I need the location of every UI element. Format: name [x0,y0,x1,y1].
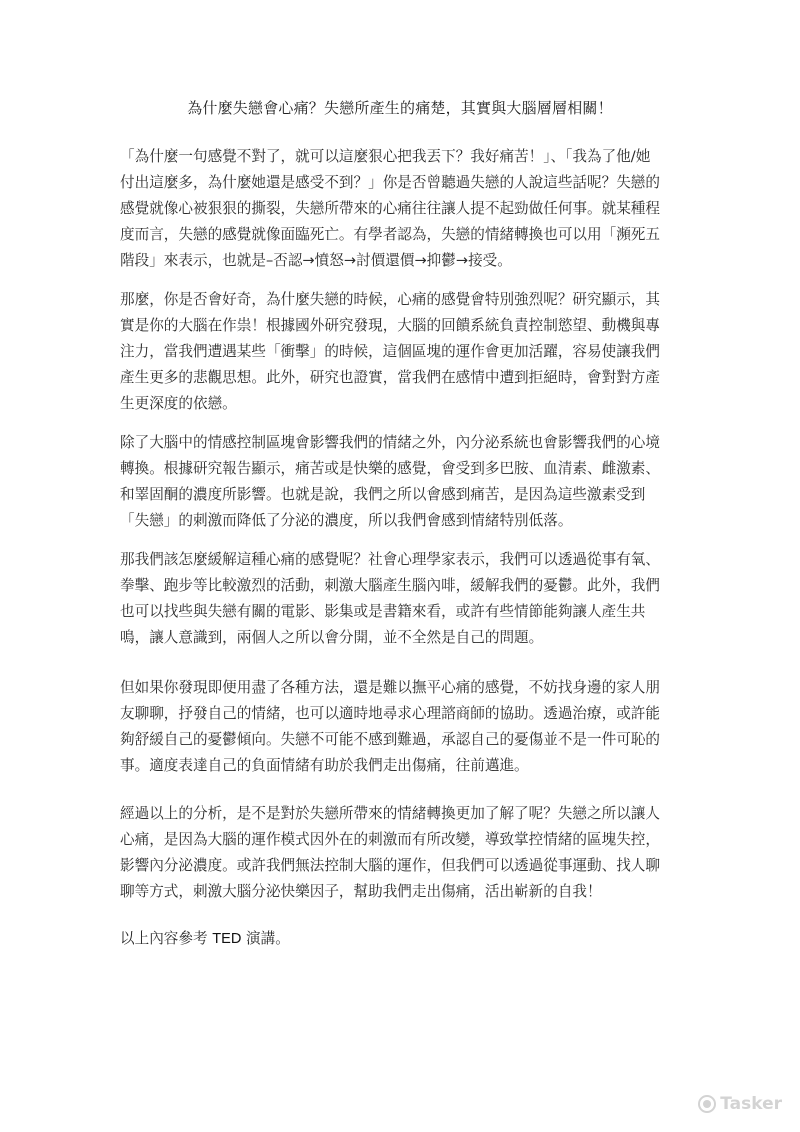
document-page: 為什麼失戀會心痛？失戀所產生的痛楚，其實與大腦層層相關！ 「為什麼一句感覺不對了… [0,0,800,1132]
paragraph-6: 經過以上的分析，是不是對於失戀所帶來的情緒轉換更加了解了呢？失戀之所以讓人 心痛… [120,801,680,905]
watermark-text: Tasker [720,1094,782,1114]
text-line: 夠舒緩自己的憂鬱傾向。失戀不可能不感到難過，承認自己的憂傷並不是一件可恥的 [120,727,680,753]
text-line: 經過以上的分析，是不是對於失戀所帶來的情緒轉換更加了解了呢？失戀之所以讓人 [120,801,680,827]
text-line: 和睪固酮的濃度所影響。也就是說，我們之所以會感到痛苦，是因為這些激素受到 [120,482,680,508]
text-line: 拳擊、跑步等比較激烈的活動，刺激大腦產生腦內啡，緩解我們的憂鬱。此外，我們 [120,573,680,599]
text-line: 除了大腦中的情感控制區塊會影響我們的情緒之外，內分泌系統也會影響我們的心境 [120,430,680,456]
text-line: 聊等方式，刺激大腦分泌快樂因子，幫助我們走出傷痛，活出嶄新的自我！ [120,879,680,905]
text-line: 生更深度的依戀。 [120,391,680,417]
paragraph-5: 但如果你發現即便用盡了各種方法，還是難以撫平心痛的感覺，不妨找身邊的家人朋 友聊… [120,675,680,779]
text-line: 也可以找些與失戀有關的電影、影集或是書籍來看，或許有些情節能夠讓人產生共 [120,599,680,625]
paragraph-3: 除了大腦中的情感控制區塊會影響我們的情緒之外，內分泌系統也會影響我們的心境 轉換… [120,430,680,534]
text-line: 「失戀」的刺激而降低了分泌的濃度，所以我們會感到情緒特別低落。 [120,508,680,534]
text-line: 付出這麼多，為什麼她還是感受不到？」你是否曾聽過失戀的人說這些話呢？失戀的 [120,170,680,196]
text-line: 友聊聊，抒發自己的情緒，也可以適時地尋求心理諮商師的協助。透過治療，或許能 [120,701,680,727]
reference-suffix: 演講。 [246,930,290,947]
text-line: 產生更多的悲觀思想。此外，研究也證實，當我們在感情中遭到拒絕時，會對對方產 [120,365,680,391]
text-line: 感覺就像心被狠狠的撕裂，失戀所帶來的心痛往往讓人提不起勁做任何事。就某種程 [120,196,680,222]
text-line: 階段」來表示，也就是–否認→憤怒→討價還價→抑鬱→接受。 [120,248,680,274]
text-line: 但如果你發現即便用盡了各種方法，還是難以撫平心痛的感覺，不妨找身邊的家人朋 [120,675,680,701]
paragraph-1: 「為什麼一句感覺不對了，就可以這麼狠心把我丟下？我好痛苦！」、「我為了他/她 付… [120,144,680,274]
text-line: 注力，當我們遭遇某些「衝擊」的時候，這個區塊的運作會更加活躍，容易使讓我們 [120,339,680,365]
text-line: 度而言，失戀的感覺就像面臨死亡。有學者認為，失戀的情緒轉換也可以用「瀕死五 [120,222,680,248]
text-line: 那我們該怎麼緩解這種心痛的感覺呢？社會心理學家表示，我們可以透過從事有氧、 [120,547,680,573]
paragraph-4: 那我們該怎麼緩解這種心痛的感覺呢？社會心理學家表示，我們可以透過從事有氧、 拳擊… [120,547,680,651]
tasker-watermark: Tasker [698,1094,782,1114]
text-line: 影響內分泌濃度。或許我們無法控制大腦的運作，但我們可以透過從事運動、找人聊 [120,853,680,879]
reference-note: 以上內容參考 TED 演講。 [120,926,290,952]
text-line: 實是你的大腦在作祟！根據國外研究發現，大腦的回饋系統負責控制慾望、動機與專 [120,313,680,339]
text-line: 「為什麼一句感覺不對了，就可以這麼狠心把我丟下？我好痛苦！」、「我為了他/她 [120,144,680,170]
document-title: 為什麼失戀會心痛？失戀所產生的痛楚，其實與大腦層層相關！ [0,97,800,119]
text-line: 那麼，你是否會好奇，為什麼失戀的時候，心痛的感覺會特別強烈呢？研究顯示，其 [120,287,680,313]
text-line: 心痛，是因為大腦的運作模式因外在的刺激而有所改變，導致掌控情緒的區塊失控， [120,827,680,853]
text-line: 鳴，讓人意識到，兩個人之所以會分開，並不全然是自己的問題。 [120,625,680,651]
reference-prefix: 以上內容參考 [120,930,208,947]
text-line: 事。適度表達自己的負面情緒有助於我們走出傷痛，往前邁進。 [120,753,680,779]
reference-source: TED [212,931,241,947]
tasker-logo-icon [698,1095,716,1113]
text-line: 轉換。根據研究報告顯示，痛苦或是快樂的感覺，會受到多巴胺、血清素、雌激素、 [120,456,680,482]
paragraph-2: 那麼，你是否會好奇，為什麼失戀的時候，心痛的感覺會特別強烈呢？研究顯示，其 實是… [120,287,680,417]
